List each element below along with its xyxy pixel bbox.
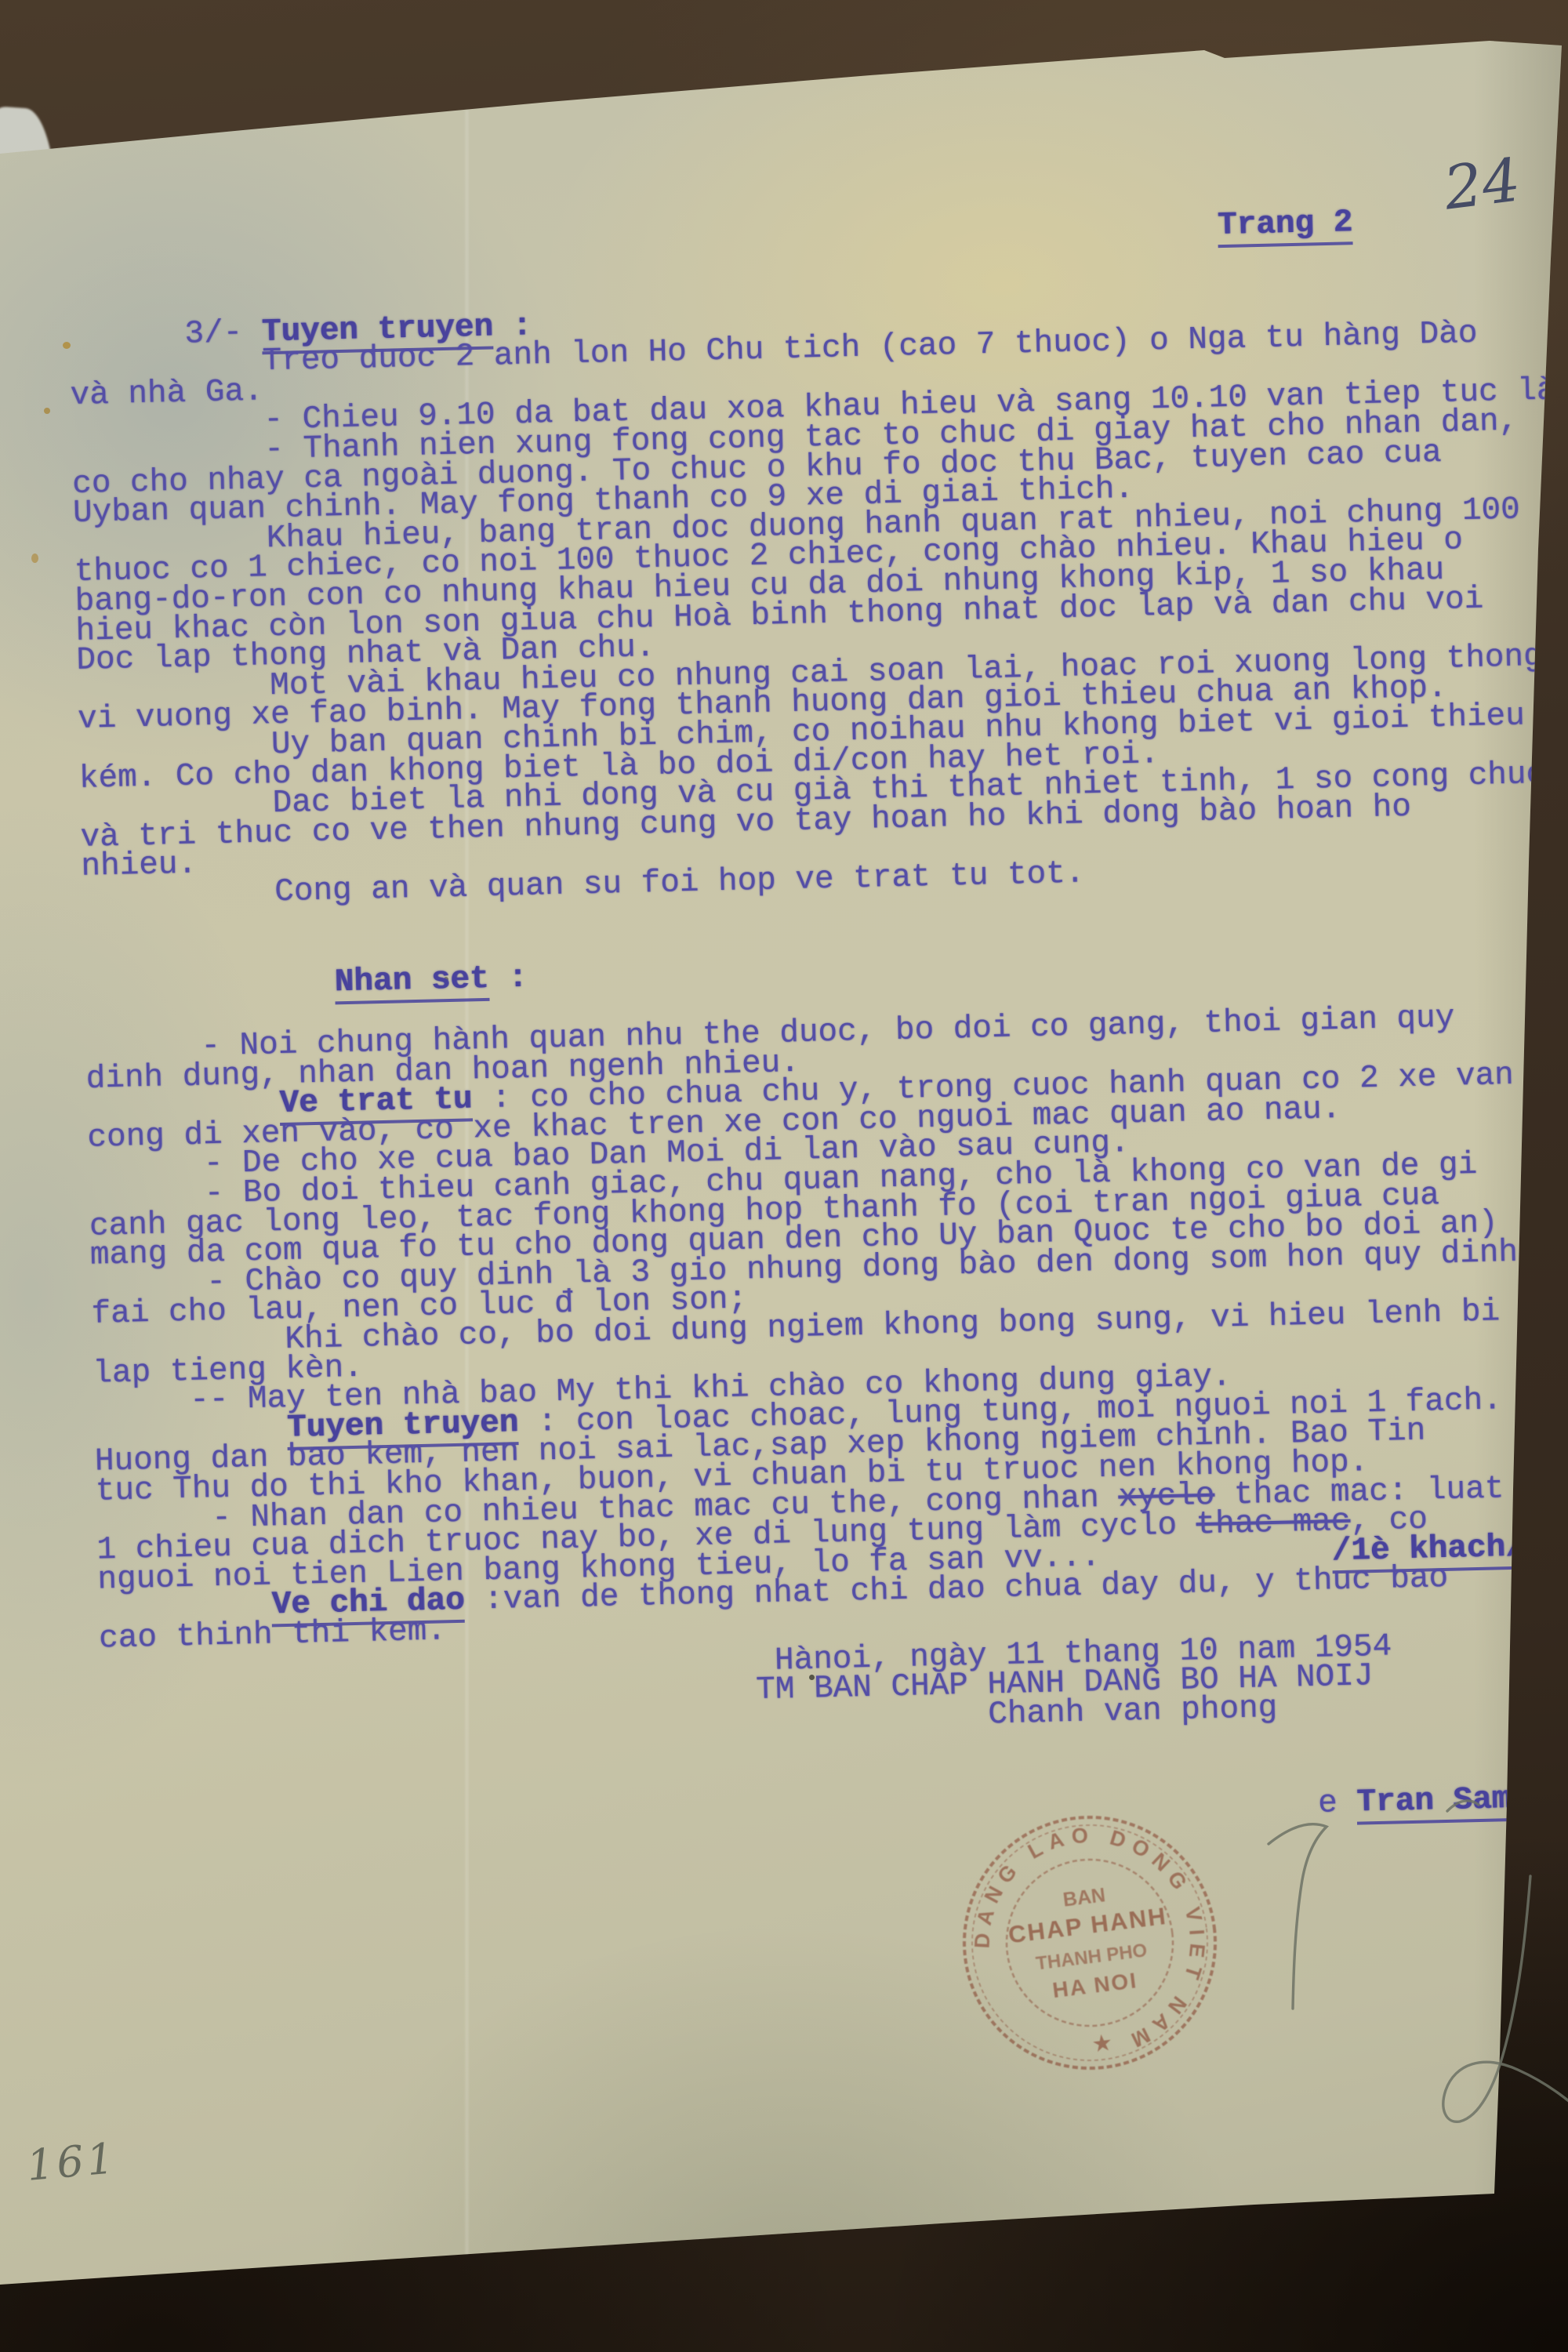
doc-text-segment: : — [488, 960, 528, 997]
handwritten-corner-number: 24 — [1440, 144, 1524, 223]
doc-text-segment: Chanh van phong — [988, 1690, 1278, 1733]
doc-text-segment: cao thinh thi kem. — [99, 1613, 447, 1657]
doc-text-segment: Nhan set — [334, 961, 489, 1005]
stamp-rim-text: DANG LAO DONG VIET NAM — [956, 1809, 1222, 2073]
signature-stroke — [1447, 1801, 1479, 1811]
typewritten-text-block: Trang 2 3/- Tuyen truyen :Treo duoc 2 an… — [67, 205, 1568, 1848]
scanned-document-photo: Trang 2 3/- Tuyen truyen :Treo duoc 2 an… — [0, 0, 1568, 2352]
stamp-center-line: BAN — [1062, 1884, 1106, 1911]
signature-stroke — [1269, 1824, 1327, 2009]
handwritten-signature — [1223, 1780, 1568, 2172]
document-lines: 3/- Tuyen truyen :Treo duoc 2 anh lon Ho… — [68, 289, 1568, 1847]
official-stamp: DANG LAO DONG VIET NAM ★ BAN CHAP HANH T… — [935, 1788, 1246, 2099]
doc-text-segment: nhieu. — [81, 847, 198, 885]
handwritten-archive-number: 161 — [24, 2133, 118, 2190]
stamp-middle-ring — [959, 1812, 1221, 2074]
stamp-star: ★ — [1091, 2031, 1112, 2056]
doc-line: Nhan set : — [84, 941, 1558, 1004]
doc-text-segment: 3/- — [184, 314, 262, 352]
stamp-center-line: HA NOI — [1051, 1968, 1139, 2002]
page-label-text: Trang 2 — [1217, 205, 1352, 248]
doc-text-segment: và nhà Ga. — [70, 373, 263, 414]
paper-stain — [44, 408, 50, 414]
paper-stain — [31, 554, 38, 563]
signature-stroke — [1443, 1876, 1568, 2123]
